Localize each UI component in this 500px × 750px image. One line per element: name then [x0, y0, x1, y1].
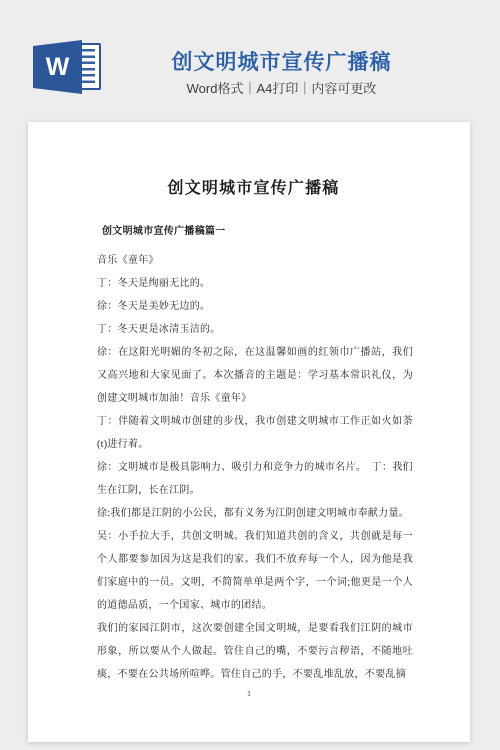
section-heading: 创文明城市宣传广播稿篇一 [102, 224, 413, 239]
paragraph: 丁：冬天更是冰清玉洁的。 [97, 318, 413, 341]
paragraph: 丁：冬天是绚丽无比的。 [97, 272, 413, 295]
paragraph: 徐：冬天是美妙无边的。 [97, 295, 413, 318]
paragraph: 徐：在这阳光明媚的冬初之际，在这温馨如画的红领巾广播站，我们又高兴地和大家见面了… [97, 341, 413, 410]
template-meta: Word格式｜A4打印｜内容可更改 [103, 78, 460, 97]
word-icon-letter: W [46, 55, 70, 80]
paragraph: 丁：伴随着文明城市创建的步伐，我市创建文明城市工作正如火如荼(t)进行着。 [97, 410, 413, 456]
paragraph: 徐:我们都是江阴的小公民，都有义务为江阴创建文明城市奉献力量。 [97, 502, 413, 525]
word-icon-fold: W [33, 40, 82, 94]
document-page: 创文明城市宣传广播稿 创文明城市宣传广播稿篇一 音乐《童年》 丁：冬天是绚丽无比… [28, 122, 470, 742]
document-title: 创文明城市宣传广播稿 [97, 178, 410, 200]
page-number: 1 [28, 689, 470, 698]
paragraph: 徐：文明城市是极具影响力、吸引力和竞争力的城市名片。 丁：我们生在江阴，长在江阴… [97, 456, 413, 502]
word-document-icon: W [33, 40, 103, 94]
header: W 创文明城市宣传广播稿 Word格式｜A4打印｜内容可更改 [0, 0, 500, 122]
paragraph: 音乐《童年》 [97, 249, 413, 272]
template-title: 创文明城市宣传广播稿 [103, 46, 460, 76]
paragraph: 吴：小手拉大手，共创文明城。我们知道共创的含义，共创就是每一个人都要参加因为这是… [97, 525, 413, 617]
document-body: 音乐《童年》 丁：冬天是绚丽无比的。 徐：冬天是美妙无边的。 丁：冬天更是冰清玉… [28, 249, 470, 686]
paragraph: 我们的家园江阴市，这次要创建全国文明城，是要看我们江阴的城市形象，所以要从个人做… [97, 617, 413, 686]
preview-page[interactable]: { "header": { "title": "创文明城市宣传广播稿", "su… [0, 0, 500, 750]
